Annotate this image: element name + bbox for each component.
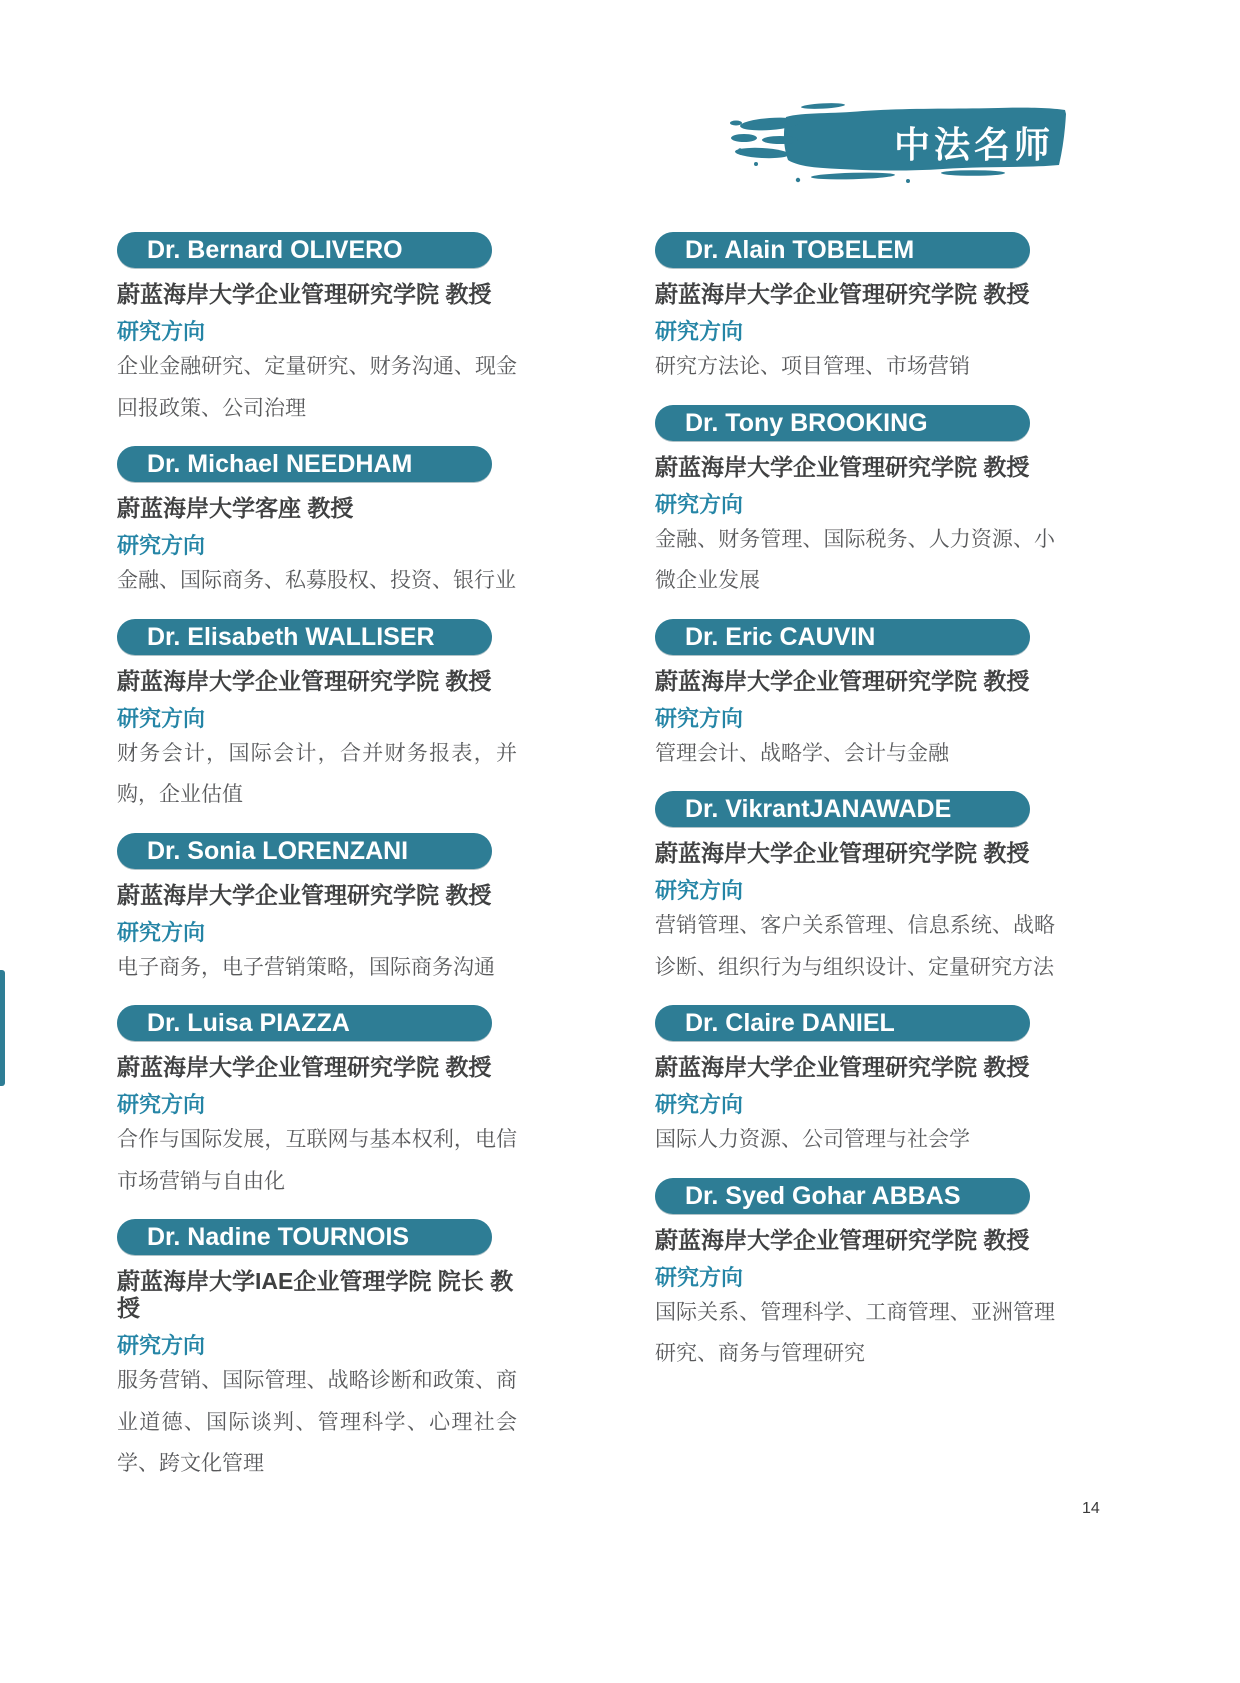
- research-direction-label: 研究方向: [655, 1093, 1030, 1116]
- professor-name-banner: Dr. Luisa PIAZZA: [117, 1005, 492, 1041]
- research-direction-label: 研究方向: [117, 921, 492, 944]
- professor-name-banner: Dr. Sonia LORENZANI: [117, 833, 492, 869]
- header-banner: 中法名师: [728, 96, 1068, 188]
- professor-affiliation: 蔚蓝海岸大学企业管理研究学院 教授: [655, 668, 1055, 695]
- column-right: Dr. Alain TOBELEM 蔚蓝海岸大学企业管理研究学院 教授 研究方向…: [655, 232, 1030, 1502]
- professor-card: Dr. Michael NEEDHAM 蔚蓝海岸大学客座 教授 研究方向 金融、…: [117, 446, 492, 602]
- professor-name-banner: Dr. Tony BROOKING: [655, 405, 1030, 441]
- professor-card: Dr. Syed Gohar ABBAS 蔚蓝海岸大学企业管理研究学院 教授 研…: [655, 1178, 1030, 1375]
- research-direction-label: 研究方向: [655, 320, 1030, 343]
- research-areas-text: 研究方法论、项目管理、市场营销: [655, 346, 1055, 388]
- research-direction-label: 研究方向: [655, 1266, 1030, 1289]
- professor-card: Dr. Claire DANIEL 蔚蓝海岸大学企业管理研究学院 教授 研究方向…: [655, 1005, 1030, 1161]
- brochure-page: 中法名师 Dr. Bernard OLIVERO 蔚蓝海岸大学企业管理研究学院 …: [0, 0, 1240, 1683]
- professor-name-banner: Dr. Nadine TOURNOIS: [117, 1219, 492, 1255]
- professor-name-banner: Dr. Alain TOBELEM: [655, 232, 1030, 268]
- professor-card: Dr. Bernard OLIVERO 蔚蓝海岸大学企业管理研究学院 教授 研究…: [117, 232, 492, 429]
- professor-card: Dr. VikrantJANAWADE 蔚蓝海岸大学企业管理研究学院 教授 研究…: [655, 791, 1030, 988]
- research-direction-label: 研究方向: [117, 534, 492, 557]
- research-areas-text: 国际关系、管理科学、工商管理、亚洲管理研究、商务与管理研究: [655, 1292, 1055, 1375]
- left-edge-accent-bar: [0, 970, 5, 1086]
- research-direction-label: 研究方向: [117, 1093, 492, 1116]
- column-left: Dr. Bernard OLIVERO 蔚蓝海岸大学企业管理研究学院 教授 研究…: [117, 232, 492, 1502]
- research-areas-text: 金融、国际商务、私募股权、投资、银行业: [117, 560, 517, 602]
- professor-affiliation: 蔚蓝海岸大学企业管理研究学院 教授: [655, 1227, 1055, 1254]
- research-areas-text: 管理会计、战略学、会计与金融: [655, 733, 1055, 775]
- professor-name-banner: Dr. Elisabeth WALLISER: [117, 619, 492, 655]
- research-direction-label: 研究方向: [655, 879, 1030, 902]
- research-direction-label: 研究方向: [117, 1334, 492, 1357]
- research-areas-text: 国际人力资源、公司管理与社会学: [655, 1119, 1055, 1161]
- professor-name-banner: Dr. VikrantJANAWADE: [655, 791, 1030, 827]
- professor-card: Dr. Alain TOBELEM 蔚蓝海岸大学企业管理研究学院 教授 研究方向…: [655, 232, 1030, 388]
- research-areas-text: 财务会计，国际会计，合并财务报表，并购，企业估值: [117, 733, 517, 816]
- professor-columns: Dr. Bernard OLIVERO 蔚蓝海岸大学企业管理研究学院 教授 研究…: [117, 232, 1030, 1502]
- professor-affiliation: 蔚蓝海岸大学企业管理研究学院 教授: [117, 1054, 517, 1081]
- professor-affiliation: 蔚蓝海岸大学客座 教授: [117, 495, 517, 522]
- research-areas-text: 电子商务，电子营销策略，国际商务沟通: [117, 947, 517, 989]
- professor-name-banner: Dr. Bernard OLIVERO: [117, 232, 492, 268]
- professor-affiliation: 蔚蓝海岸大学企业管理研究学院 教授: [655, 840, 1055, 867]
- research-direction-label: 研究方向: [655, 707, 1030, 730]
- professor-card: Dr. Sonia LORENZANI 蔚蓝海岸大学企业管理研究学院 教授 研究…: [117, 833, 492, 989]
- research-direction-label: 研究方向: [117, 320, 492, 343]
- professor-card: Dr. Eric CAUVIN 蔚蓝海岸大学企业管理研究学院 教授 研究方向 管…: [655, 619, 1030, 775]
- page-number: 14: [1082, 1500, 1100, 1518]
- professor-affiliation: 蔚蓝海岸大学企业管理研究学院 教授: [117, 281, 517, 308]
- professor-affiliation: 蔚蓝海岸大学企业管理研究学院 教授: [117, 882, 517, 909]
- research-direction-label: 研究方向: [655, 493, 1030, 516]
- research-areas-text: 金融、财务管理、国际税务、人力资源、小微企业发展: [655, 519, 1055, 602]
- professor-name-banner: Dr. Syed Gohar ABBAS: [655, 1178, 1030, 1214]
- professor-affiliation: 蔚蓝海岸大学企业管理研究学院 教授: [655, 281, 1055, 308]
- professor-name-banner: Dr. Eric CAUVIN: [655, 619, 1030, 655]
- professor-card: Dr. Luisa PIAZZA 蔚蓝海岸大学企业管理研究学院 教授 研究方向 …: [117, 1005, 492, 1202]
- professor-affiliation: 蔚蓝海岸大学企业管理研究学院 教授: [655, 1054, 1055, 1081]
- research-areas-text: 服务营销、国际管理、战略诊断和政策、商业道德、国际谈判、管理科学、心理社会学、跨…: [117, 1360, 517, 1485]
- professor-affiliation: 蔚蓝海岸大学IAE企业管理学院 院长 教授: [117, 1268, 517, 1322]
- research-areas-text: 合作与国际发展，互联网与基本权利，电信市场营销与自由化: [117, 1119, 517, 1202]
- page-title: 中法名师: [894, 117, 1054, 168]
- research-areas-text: 企业金融研究、定量研究、财务沟通、现金回报政策、公司治理: [117, 346, 517, 429]
- research-direction-label: 研究方向: [117, 707, 492, 730]
- professor-card: Dr. Elisabeth WALLISER 蔚蓝海岸大学企业管理研究学院 教授…: [117, 619, 492, 816]
- research-areas-text: 营销管理、客户关系管理、信息系统、战略诊断、组织行为与组织设计、定量研究方法: [655, 905, 1055, 988]
- professor-card: Dr. Nadine TOURNOIS 蔚蓝海岸大学IAE企业管理学院 院长 教…: [117, 1219, 492, 1485]
- professor-name-banner: Dr. Michael NEEDHAM: [117, 446, 492, 482]
- professor-affiliation: 蔚蓝海岸大学企业管理研究学院 教授: [655, 454, 1055, 481]
- professor-affiliation: 蔚蓝海岸大学企业管理研究学院 教授: [117, 668, 517, 695]
- professor-card: Dr. Tony BROOKING 蔚蓝海岸大学企业管理研究学院 教授 研究方向…: [655, 405, 1030, 602]
- professor-name-banner: Dr. Claire DANIEL: [655, 1005, 1030, 1041]
